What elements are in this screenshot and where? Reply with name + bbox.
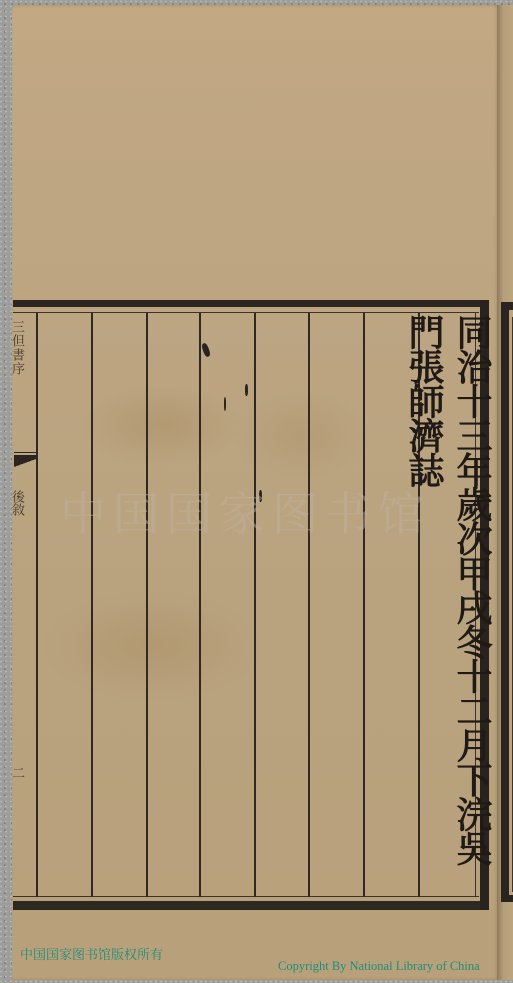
colophon-text: 同治十三年歲次甲戌冬十二月下浣吳門張師濟誌 — [424, 314, 472, 894]
fishtail-mark-icon — [14, 455, 36, 467]
column-rule — [146, 313, 148, 897]
column-rule — [91, 313, 93, 897]
library-watermark: 中国国家图书馆 — [60, 478, 440, 544]
ink-blot — [224, 397, 226, 411]
frame-bottom-rule — [13, 901, 489, 910]
frame-top-rule — [13, 300, 489, 307]
copyright-chinese: 中国国家图书馆版权所有 — [20, 944, 163, 963]
column-rule — [254, 313, 256, 897]
fishtail-line — [14, 452, 36, 453]
column-rule — [199, 313, 201, 897]
frame-bottom-inner-rule — [13, 896, 479, 897]
fold-column-subtitle: 後敘 — [12, 490, 26, 516]
column-rule — [308, 313, 310, 897]
adjacent-frame-left — [501, 302, 509, 902]
column-rule — [363, 313, 365, 897]
fold-column-title: 三但書序 — [12, 320, 26, 376]
adjacent-page-edge — [497, 5, 513, 980]
fold-column — [12, 307, 37, 897]
copyright-english: Copyright By National Library of China — [278, 959, 480, 974]
ink-blot — [245, 384, 248, 396]
adjacent-frame-bottom — [501, 895, 513, 902]
fold-column-page-number: 二 — [14, 766, 26, 779]
frame-top-inner-rule — [13, 312, 479, 313]
